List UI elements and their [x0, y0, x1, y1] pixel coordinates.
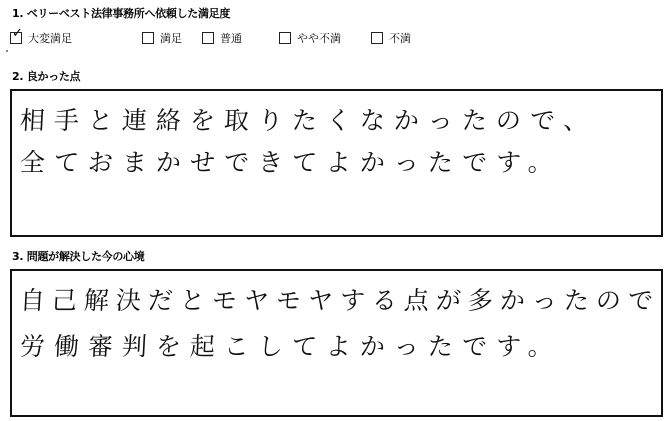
scan-speck: [6, 50, 8, 52]
answer-box-good-points: 相手と連絡を取りたくなかったので、 全ておまかせできてよかったです。: [10, 89, 663, 237]
answer-box-current-feelings: 自己解決だとモヤモヤする点が多かったので 労働審判を起こしてよかったです。: [10, 269, 663, 417]
option-dissatisfied[interactable]: 不満: [371, 30, 411, 46]
option-label: やや不満: [297, 30, 341, 46]
option-label: 不満: [389, 30, 411, 46]
handwritten-line: 自己解決だとモヤモヤする点が多かったので: [19, 281, 661, 317]
checkbox-icon[interactable]: [279, 32, 291, 44]
handwritten-line: 労働審判を起こしてよかったです。: [19, 327, 563, 363]
checkbox-icon[interactable]: [371, 32, 383, 44]
question-1-label: 1. ベリーベスト法律事務所へ依頼した満足度: [12, 5, 230, 21]
handwritten-line: 相手と連絡を取りたくなかったので、: [19, 101, 598, 137]
question-3-label: 3. 問題が解決した今の心境: [12, 248, 144, 264]
checkbox-checked-icon[interactable]: [10, 32, 22, 44]
checkbox-icon[interactable]: [202, 32, 214, 44]
option-label: 大変満足: [28, 30, 72, 46]
handwritten-line: 全ておまかせできてよかったです。: [19, 143, 563, 179]
option-label: 満足: [160, 30, 182, 46]
question-2-label: 2. 良かった点: [12, 68, 80, 84]
checkbox-icon[interactable]: [142, 32, 154, 44]
option-somewhat-dissatisfied[interactable]: やや不満: [279, 30, 341, 46]
option-very-satisfied[interactable]: 大変満足: [10, 30, 72, 46]
option-satisfied[interactable]: 満足: [142, 30, 182, 46]
option-neutral[interactable]: 普通: [202, 30, 242, 46]
option-label: 普通: [220, 30, 242, 46]
